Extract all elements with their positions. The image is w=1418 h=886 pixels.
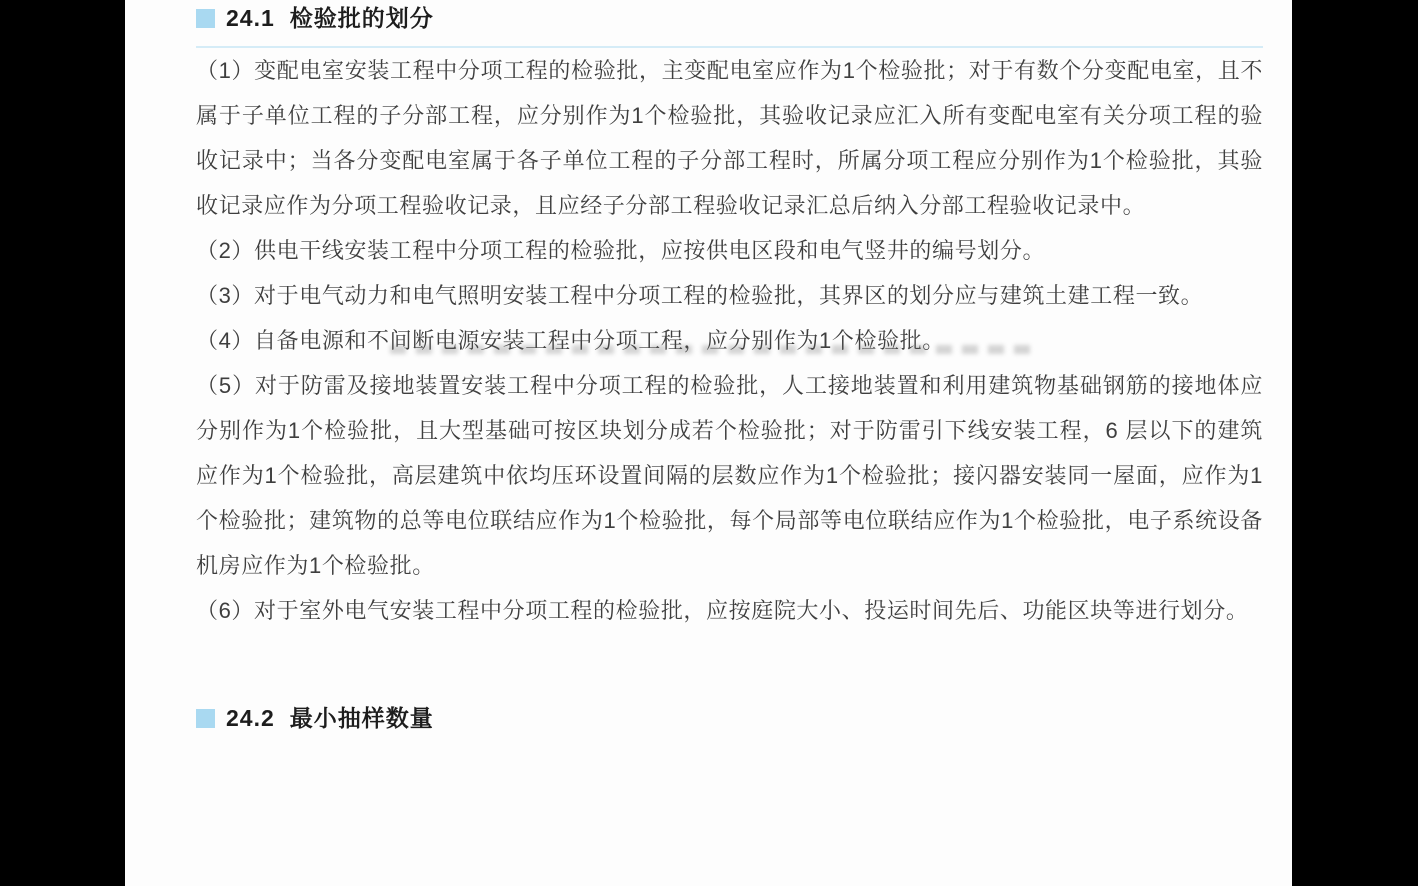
paragraph-6: （6）对于室外电气安装工程中分项工程的检验批，应按庭院大小、投运时间先后、功能区… (196, 588, 1263, 633)
section-number: 24.1 (226, 3, 275, 33)
document-page: 24.1 检验批的划分 （1）变配电室安装工程中分项工程的检验批，主变配电室应作… (125, 0, 1292, 886)
section-heading-24-1: 24.1 检验批的划分 (196, 3, 1263, 33)
paragraph-1: （1）变配电室安装工程中分项工程的检验批，主变配电室应作为1个检验批；对于有数个… (196, 48, 1263, 228)
paragraph-3: （3）对于电气动力和电气照明安装工程中分项工程的检验批，其界区的划分应与建筑土建… (196, 273, 1263, 318)
letterbox-left (0, 0, 125, 886)
letterbox-right (1292, 0, 1418, 886)
video-frame: 24.1 检验批的划分 （1）变配电室安装工程中分项工程的检验批，主变配电室应作… (0, 0, 1418, 886)
paragraph-5: （5）对于防雷及接地装置安装工程中分项工程的检验批，人工接地装置和利用建筑物基础… (196, 363, 1263, 588)
section-bullet-icon (196, 709, 215, 728)
section-number: 24.2 (226, 703, 275, 733)
paragraph-4: （4）自备电源和不间断电源安装工程中分项工程，应分别作为1个检验批。 (196, 318, 1263, 363)
paragraph-2: （2）供电干线安装工程中分项工程的检验批，应按供电区段和电气竖井的编号划分。 (196, 228, 1263, 273)
section-heading-24-2: 24.2 最小抽样数量 (196, 703, 1263, 733)
section-title: 最小抽样数量 (290, 703, 434, 733)
section-bullet-icon (196, 9, 215, 28)
section-title: 检验批的划分 (290, 3, 434, 33)
